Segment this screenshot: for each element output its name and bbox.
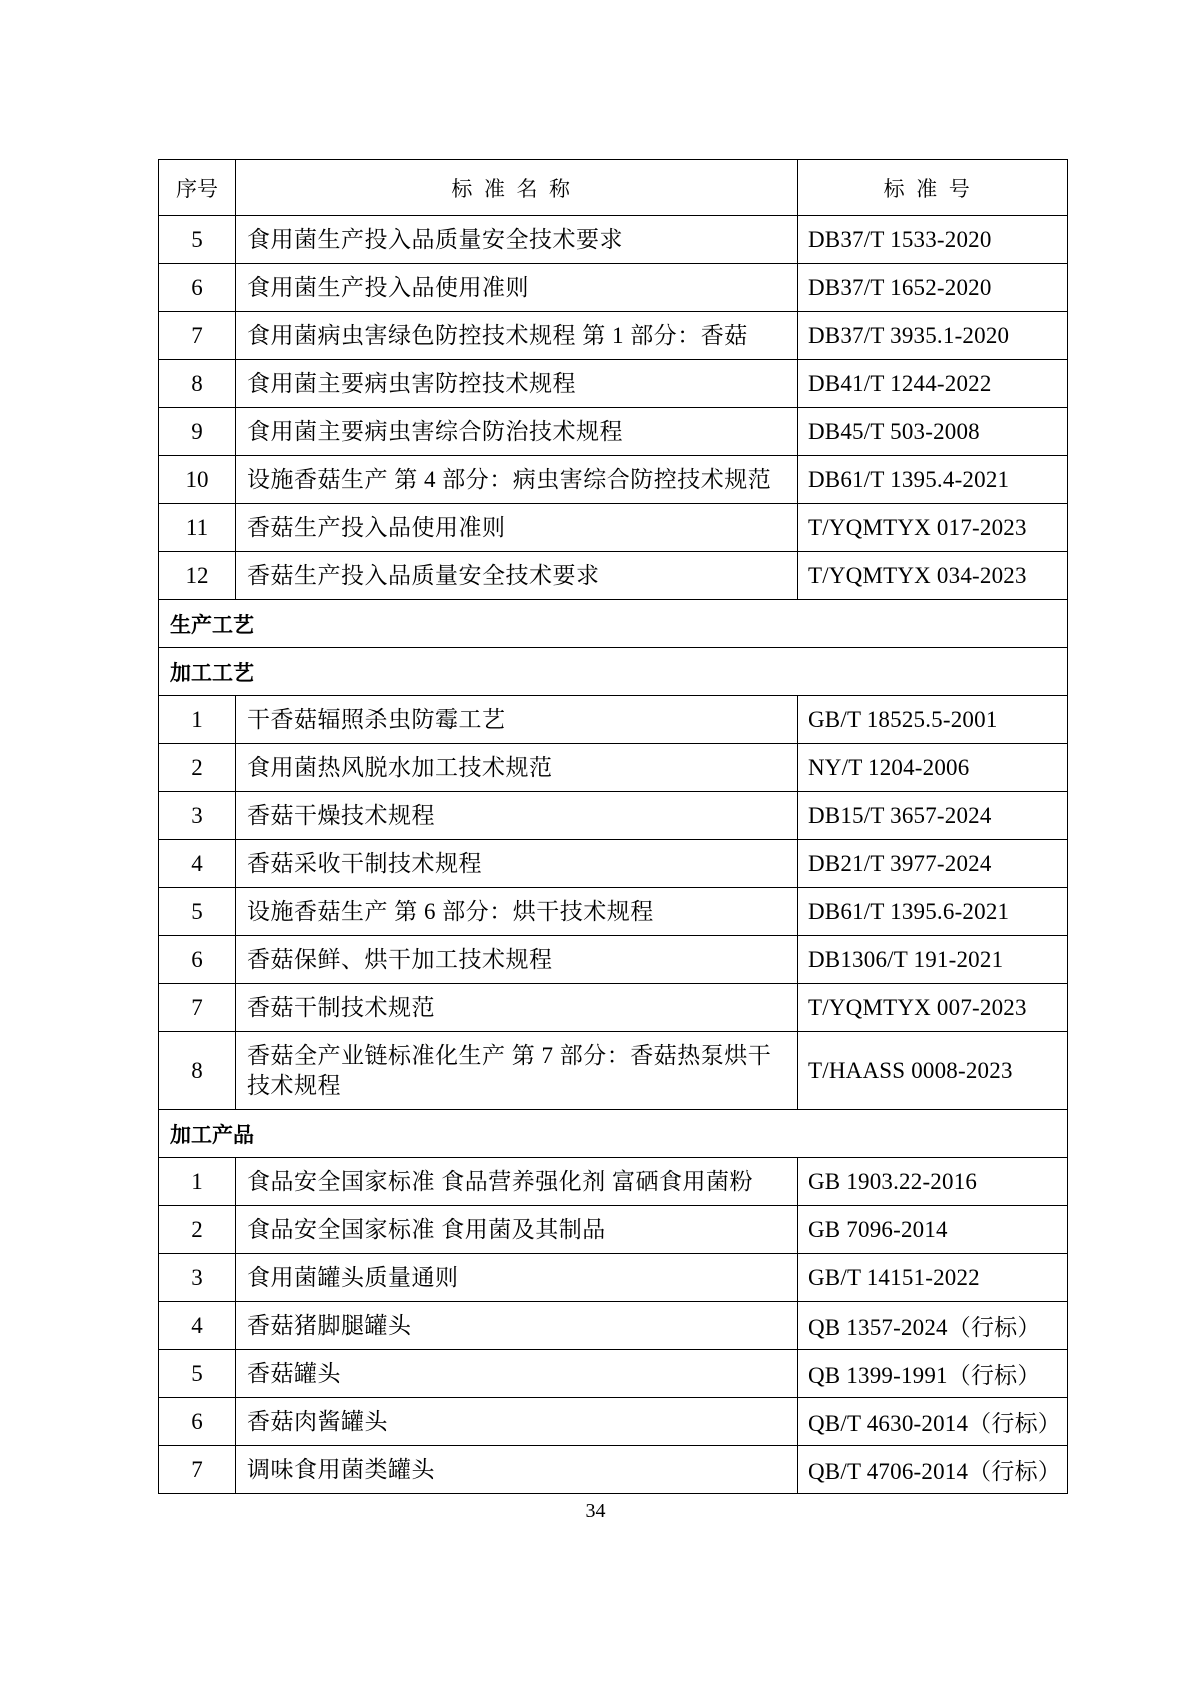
row-serial-number: 4 [159, 1302, 236, 1350]
table-row: 1食品安全国家标准 食品营养强化剂 富硒食用菌粉GB 1903.22-2016 [159, 1158, 1068, 1206]
table-row: 5食用菌生产投入品质量安全技术要求DB37/T 1533-2020 [159, 216, 1068, 264]
row-standard-code: T/HAASS 0008-2023 [798, 1032, 1068, 1110]
table-row: 8食用菌主要病虫害防控技术规程DB41/T 1244-2022 [159, 360, 1068, 408]
table-row: 6香菇肉酱罐头QB/T 4630-2014（行标） [159, 1398, 1068, 1446]
row-standard-name: 香菇肉酱罐头 [236, 1398, 798, 1446]
row-standard-code: GB/T 14151-2022 [798, 1254, 1068, 1302]
row-standard-code: QB/T 4706-2014（行标） [798, 1446, 1068, 1494]
row-standard-code: DB61/T 1395.6-2021 [798, 888, 1068, 936]
row-standard-name: 设施香菇生产 第 4 部分：病虫害综合防控技术规范 [236, 456, 798, 504]
row-standard-code: DB45/T 503-2008 [798, 408, 1068, 456]
table-row: 8香菇全产业链标准化生产 第 7 部分：香菇热泵烘干技术规程T/HAASS 00… [159, 1032, 1068, 1110]
row-standard-name: 香菇全产业链标准化生产 第 7 部分：香菇热泵烘干技术规程 [236, 1032, 798, 1110]
row-serial-number: 6 [159, 1398, 236, 1446]
row-standard-name: 香菇干制技术规范 [236, 984, 798, 1032]
row-standard-code: DB21/T 3977-2024 [798, 840, 1068, 888]
row-serial-number: 1 [159, 1158, 236, 1206]
table-row: 7食用菌病虫害绿色防控技术规程 第 1 部分：香菇DB37/T 3935.1-2… [159, 312, 1068, 360]
header-serial-number: 序号 [159, 160, 236, 216]
row-standard-name: 香菇生产投入品使用准则 [236, 504, 798, 552]
row-serial-number: 5 [159, 216, 236, 264]
table-row: 4香菇猪脚腿罐头QB 1357-2024（行标） [159, 1302, 1068, 1350]
row-standard-code: GB/T 18525.5-2001 [798, 696, 1068, 744]
row-serial-number: 8 [159, 360, 236, 408]
row-standard-code: GB 1903.22-2016 [798, 1158, 1068, 1206]
row-standard-name: 食用菌主要病虫害防控技术规程 [236, 360, 798, 408]
row-standard-name: 香菇罐头 [236, 1350, 798, 1398]
row-serial-number: 12 [159, 552, 236, 600]
row-standard-name: 设施香菇生产 第 6 部分：烘干技术规程 [236, 888, 798, 936]
section-title: 加工产品 [159, 1110, 1068, 1158]
header-standard-name: 标准名称 [236, 160, 798, 216]
row-serial-number: 2 [159, 1206, 236, 1254]
row-standard-code: DB15/T 3657-2024 [798, 792, 1068, 840]
row-serial-number: 2 [159, 744, 236, 792]
section-header-row: 加工工艺 [159, 648, 1068, 696]
table-row: 6香菇保鲜、烘干加工技术规程DB1306/T 191-2021 [159, 936, 1068, 984]
table-row: 2食用菌热风脱水加工技术规范NY/T 1204-2006 [159, 744, 1068, 792]
row-serial-number: 3 [159, 1254, 236, 1302]
row-standard-code: T/YQMTYX 034-2023 [798, 552, 1068, 600]
table-row: 6食用菌生产投入品使用准则DB37/T 1652-2020 [159, 264, 1068, 312]
row-standard-code: DB37/T 3935.1-2020 [798, 312, 1068, 360]
row-serial-number: 5 [159, 1350, 236, 1398]
row-standard-code: DB37/T 1533-2020 [798, 216, 1068, 264]
row-serial-number: 7 [159, 984, 236, 1032]
row-standard-name: 食品安全国家标准 食用菌及其制品 [236, 1206, 798, 1254]
table-row: 5香菇罐头QB 1399-1991（行标） [159, 1350, 1068, 1398]
table-row: 3食用菌罐头质量通则GB/T 14151-2022 [159, 1254, 1068, 1302]
table-header-row: 序号 标准名称 标准号 [159, 160, 1068, 216]
row-standard-code: QB 1399-1991（行标） [798, 1350, 1068, 1398]
table-row: 5设施香菇生产 第 6 部分：烘干技术规程DB61/T 1395.6-2021 [159, 888, 1068, 936]
section-title: 加工工艺 [159, 648, 1068, 696]
table-row: 10设施香菇生产 第 4 部分：病虫害综合防控技术规范DB61/T 1395.4… [159, 456, 1068, 504]
row-standard-name: 食用菌生产投入品使用准则 [236, 264, 798, 312]
section-header-row: 生产工艺 [159, 600, 1068, 648]
row-standard-name: 香菇采收干制技术规程 [236, 840, 798, 888]
row-standard-name: 香菇保鲜、烘干加工技术规程 [236, 936, 798, 984]
header-standard-code: 标准号 [798, 160, 1068, 216]
row-serial-number: 10 [159, 456, 236, 504]
page-number: 34 [0, 1500, 1191, 1523]
row-serial-number: 4 [159, 840, 236, 888]
table-row: 11香菇生产投入品使用准则T/YQMTYX 017-2023 [159, 504, 1068, 552]
table-row: 7香菇干制技术规范T/YQMTYX 007-2023 [159, 984, 1068, 1032]
row-standard-code: DB61/T 1395.4-2021 [798, 456, 1068, 504]
row-standard-name: 食用菌生产投入品质量安全技术要求 [236, 216, 798, 264]
row-serial-number: 8 [159, 1032, 236, 1110]
table-row: 12香菇生产投入品质量安全技术要求T/YQMTYX 034-2023 [159, 552, 1068, 600]
row-serial-number: 7 [159, 312, 236, 360]
table-row: 9食用菌主要病虫害综合防治技术规程DB45/T 503-2008 [159, 408, 1068, 456]
row-standard-code: GB 7096-2014 [798, 1206, 1068, 1254]
row-serial-number: 7 [159, 1446, 236, 1494]
standards-table: 序号 标准名称 标准号 5食用菌生产投入品质量安全技术要求DB37/T 1533… [158, 159, 1068, 1494]
row-standard-name: 食品安全国家标准 食品营养强化剂 富硒食用菌粉 [236, 1158, 798, 1206]
row-standard-code: DB41/T 1244-2022 [798, 360, 1068, 408]
row-standard-name: 干香菇辐照杀虫防霉工艺 [236, 696, 798, 744]
row-standard-code: T/YQMTYX 017-2023 [798, 504, 1068, 552]
row-standard-name: 香菇生产投入品质量安全技术要求 [236, 552, 798, 600]
table-row: 2食品安全国家标准 食用菌及其制品GB 7096-2014 [159, 1206, 1068, 1254]
table-row: 4香菇采收干制技术规程DB21/T 3977-2024 [159, 840, 1068, 888]
section-header-row: 加工产品 [159, 1110, 1068, 1158]
row-serial-number: 3 [159, 792, 236, 840]
row-standard-name: 食用菌主要病虫害综合防治技术规程 [236, 408, 798, 456]
row-serial-number: 6 [159, 936, 236, 984]
row-standard-code: NY/T 1204-2006 [798, 744, 1068, 792]
row-standard-code: T/YQMTYX 007-2023 [798, 984, 1068, 1032]
table-row: 1干香菇辐照杀虫防霉工艺GB/T 18525.5-2001 [159, 696, 1068, 744]
row-standard-name: 调味食用菌类罐头 [236, 1446, 798, 1494]
row-standard-code: DB37/T 1652-2020 [798, 264, 1068, 312]
table-row: 7调味食用菌类罐头QB/T 4706-2014（行标） [159, 1446, 1068, 1494]
row-standard-name: 食用菌热风脱水加工技术规范 [236, 744, 798, 792]
row-serial-number: 1 [159, 696, 236, 744]
row-standard-name: 食用菌病虫害绿色防控技术规程 第 1 部分：香菇 [236, 312, 798, 360]
section-title: 生产工艺 [159, 600, 1068, 648]
row-serial-number: 6 [159, 264, 236, 312]
row-serial-number: 5 [159, 888, 236, 936]
row-standard-code: QB 1357-2024（行标） [798, 1302, 1068, 1350]
row-serial-number: 11 [159, 504, 236, 552]
table-body: 5食用菌生产投入品质量安全技术要求DB37/T 1533-20206食用菌生产投… [159, 216, 1068, 1494]
row-serial-number: 9 [159, 408, 236, 456]
row-standard-name: 香菇干燥技术规程 [236, 792, 798, 840]
row-standard-name: 香菇猪脚腿罐头 [236, 1302, 798, 1350]
row-standard-code: DB1306/T 191-2021 [798, 936, 1068, 984]
table-row: 3香菇干燥技术规程DB15/T 3657-2024 [159, 792, 1068, 840]
row-standard-code: QB/T 4630-2014（行标） [798, 1398, 1068, 1446]
row-standard-name: 食用菌罐头质量通则 [236, 1254, 798, 1302]
